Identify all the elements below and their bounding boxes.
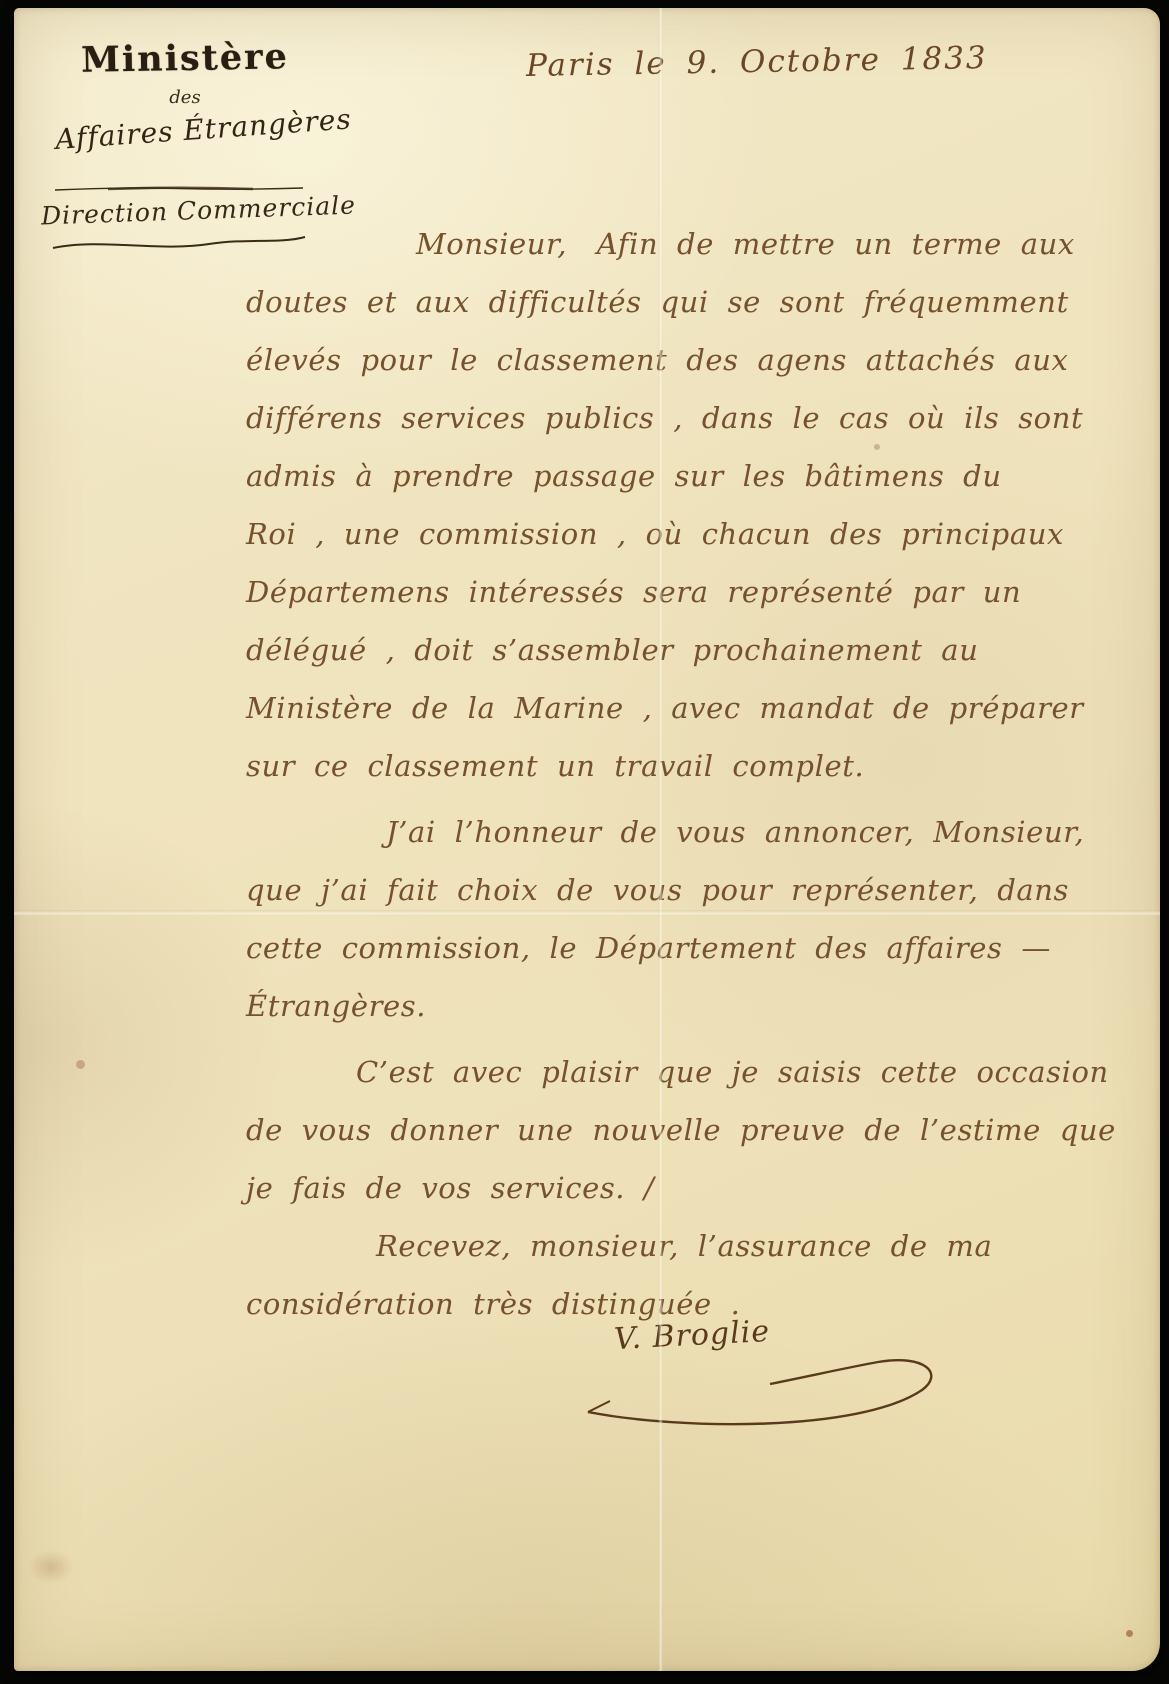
- letter-line: C’est avec plaisir que je saisis cette o…: [246, 1043, 1082, 1101]
- paper-stain: [28, 1550, 74, 1584]
- paper-stain: [1126, 1630, 1133, 1637]
- letter-line: élevés pour le classement des agens atta…: [246, 331, 1082, 389]
- letter-line: délégué , doit s’assembler prochainement…: [246, 621, 1082, 679]
- letterhead-ministry-title: Ministère: [55, 36, 316, 82]
- letterhead: Ministère des Affaires Étrangères Direct…: [55, 38, 315, 147]
- letter-line: admis à prendre passage sur les bâtimens…: [246, 447, 1082, 505]
- dateline: Paris le 9. Octobre 1833: [526, 40, 988, 84]
- letter-line: je fais de vos services. /: [246, 1159, 1082, 1217]
- letter-line: différens services publics , dans le cas…: [246, 389, 1082, 447]
- letter-line: Ministère de la Marine , avec mandat de …: [246, 679, 1082, 737]
- letter-line: Roi , une commission , où chacun des pri…: [246, 505, 1082, 563]
- vertical-fold-crease: [658, 8, 663, 1671]
- horizontal-fold-crease: [14, 910, 1160, 916]
- letter-line: Monsieur, Afin de mettre un terme aux: [246, 215, 1082, 273]
- letter-line: doutes et aux difficultés qui se sont fr…: [246, 273, 1082, 331]
- paper-stain: [874, 444, 880, 450]
- letter-line: de vous donner une nouvelle preuve de l’…: [246, 1101, 1082, 1159]
- letterhead-affaires-etrangeres: Affaires Étrangères: [54, 105, 316, 156]
- letter-body: Monsieur, Afin de mettre un terme aux do…: [246, 215, 1082, 1333]
- letter-line: sur ce classement un travail complet.: [246, 737, 1082, 795]
- letter-line: Recevez, monsieur, l’assurance de ma: [246, 1217, 1082, 1275]
- letter-line: cette commission, le Département des aff…: [246, 919, 1082, 977]
- paper-stain: [76, 1060, 85, 1069]
- letter-line: Étrangères.: [246, 977, 1082, 1035]
- letterhead-des: des: [55, 87, 315, 108]
- letter-line: J’ai l’honneur de vous annoncer, Monsieu…: [246, 803, 1082, 861]
- letter-page: Ministère des Affaires Étrangères Direct…: [14, 8, 1160, 1671]
- signature-flourish: [570, 1346, 970, 1436]
- letter-line: Départemens intéressés sera représenté p…: [246, 563, 1082, 621]
- letterhead-rule: [53, 185, 305, 193]
